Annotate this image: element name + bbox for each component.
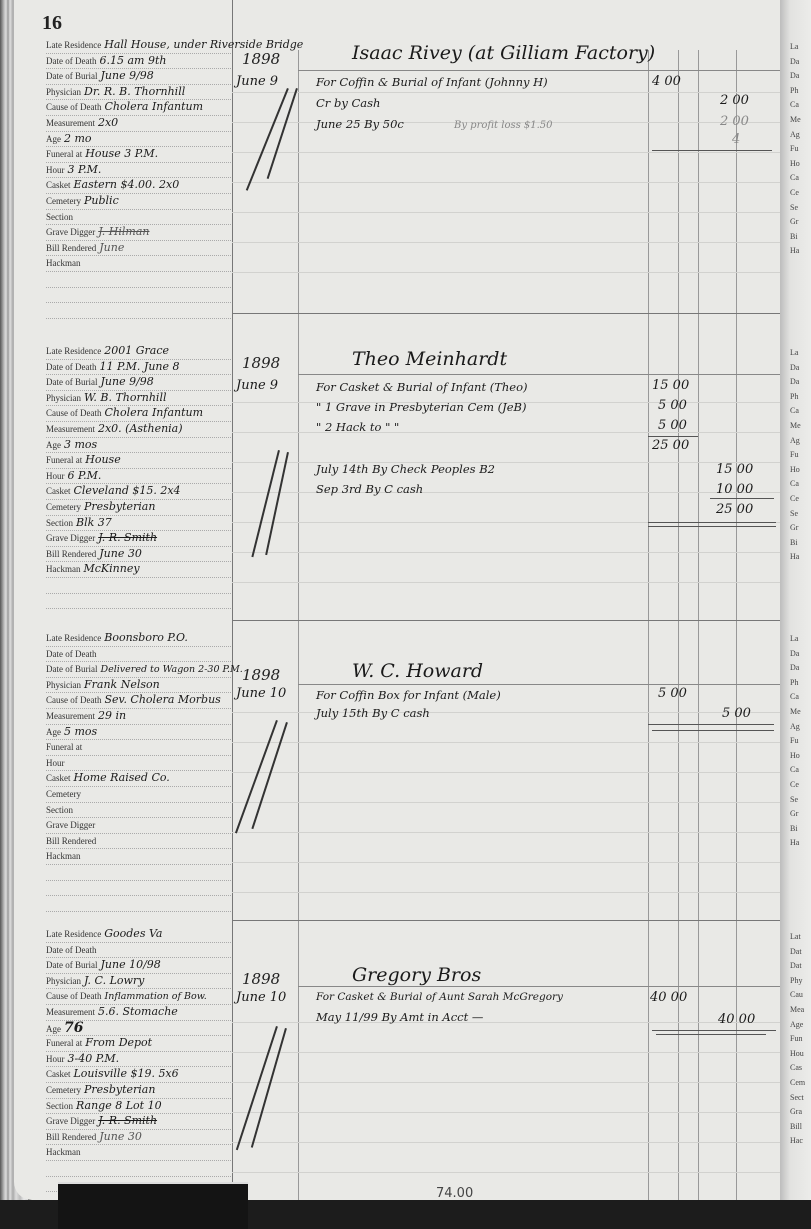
entry-separator — [232, 620, 780, 621]
credit-amount: 40 00 — [718, 1012, 755, 1027]
credit-amount: 5 00 — [722, 706, 751, 721]
ledger-page: 16 Late ResidenceHall House, under River… — [14, 0, 780, 1200]
credit-amount: 2 00 — [720, 93, 749, 108]
entry-separator — [232, 920, 780, 921]
ledger-note: By profit loss $1.50 — [454, 120, 553, 131]
entry-2-ledger: 1898 Theo Meinhardt June 9 For Casket & … — [232, 350, 780, 615]
field-measurement: Measurement2x0 — [46, 116, 231, 132]
page-number: 16 — [42, 12, 62, 35]
entry-4-fields: Late ResidenceGoodes Va Date of Death Da… — [46, 927, 231, 1192]
ledger-line: " 1 Grave in Presbyterian Cem (JeB) — [316, 400, 526, 414]
field-age: Age2 mo — [46, 132, 231, 148]
ledger-date: June 9 — [236, 74, 278, 89]
ledger-line: Cr by Cash — [316, 96, 380, 110]
entry-4-ledger: 1898 Gregory Bros June 10 For Casket & B… — [232, 968, 780, 1178]
ledger-date: June 9 — [236, 378, 278, 393]
entry-1-ledger: 1898 Isaac Rivey (at Gilliam Factory) Ju… — [232, 40, 780, 310]
facing-page-labels: LaDaDaPhCaMeAgFuHoCaCeSeGrBiHa — [780, 40, 811, 259]
ledger-line: " 2 Hack to " " — [316, 420, 399, 434]
debit-amount: 15 00 — [652, 378, 689, 393]
page-total: 74.00 — [436, 1186, 473, 1200]
account-name: Theo Meinhardt — [352, 348, 507, 370]
entry-separator — [232, 313, 780, 314]
field-physician: PhysicianDr. R. B. Thornhill — [46, 85, 231, 101]
credit-total: 25 00 — [716, 502, 753, 517]
ledger-line: For Coffin Box for Infant (Male) — [316, 688, 501, 702]
debit-amount: 5 00 — [658, 686, 687, 701]
ledger-line: Sep 3rd By C cash — [316, 482, 423, 496]
entry-3-fields: Late ResidenceBoonsboro P.O. Date of Dea… — [46, 631, 231, 912]
ledger-line: For Coffin & Burial of Infant (Johnny H) — [316, 75, 548, 89]
credit-amount: 15 00 — [716, 462, 753, 477]
field-hackman: Hackman — [46, 256, 231, 272]
debit-amount: 5 00 — [658, 398, 687, 413]
field-section: Section — [46, 210, 231, 226]
field-casket: CasketEastern $4.00. 2x0 — [46, 178, 231, 194]
ledger-line: July 15th By C cash — [316, 706, 430, 720]
book-binding — [58, 1182, 248, 1229]
field-late-residence: Late ResidenceHall House, under Riversid… — [46, 38, 231, 54]
field-funeral-at: Funeral atHouse 3 P.M. — [46, 147, 231, 163]
ledger-line: For Casket & Burial of Aunt Sarah McGreg… — [316, 991, 563, 1003]
credit-total: 4 — [732, 132, 740, 147]
credit-amount: 2 00 — [720, 114, 749, 129]
ledger-year: 1898 — [242, 50, 280, 68]
field-bill-rendered: Bill RenderedJune — [46, 241, 231, 257]
ledger-year: 1898 — [242, 970, 280, 988]
ledger-line: July 14th By Check Peoples B2 — [316, 462, 495, 476]
field-hour: Hour3 P.M. — [46, 163, 231, 179]
debit-amount: 5 00 — [658, 418, 687, 433]
debit-amount: 4 00 — [652, 74, 681, 89]
account-name: Isaac Rivey (at Gilliam Factory) — [352, 42, 655, 64]
debit-amount: 40 00 — [650, 990, 687, 1005]
entry-3-ledger: 1898 W. C. Howard June 10 For Coffin Box… — [232, 660, 780, 915]
facing-page-edge: LaDaDaPhCaMeAgFuHoCaCeSeGrBiHa LaDaDaPhC… — [780, 0, 811, 1200]
field-date-of-burial: Date of BurialJune 9/98 — [46, 69, 231, 85]
account-name: Gregory Bros — [352, 964, 481, 986]
field-cause-of-death: Cause of DeathCholera Infantum — [46, 100, 231, 116]
field-cemetery: CemeteryPublic — [46, 194, 231, 210]
ledger-line: May 11/99 By Amt in Acct — — [316, 1010, 483, 1024]
check-mark — [265, 452, 289, 555]
entry-1-fields: Late ResidenceHall House, under Riversid… — [46, 38, 231, 319]
ledger-line: For Casket & Burial of Infant (Theo) — [316, 380, 528, 394]
credit-amount: 10 00 — [716, 482, 753, 497]
ledger-date: June 10 — [236, 990, 286, 1005]
field-date-of-death: Date of Death6.15 am 9th — [46, 54, 231, 70]
field-grave-digger: Grave DiggerJ. Hilman — [46, 225, 231, 241]
ledger-date: June 10 — [236, 686, 286, 701]
ledger-year: 1898 — [242, 666, 280, 684]
account-name: W. C. Howard — [352, 660, 483, 682]
ledger-line: June 25 By 50c — [316, 117, 404, 131]
debit-total: 25 00 — [652, 438, 689, 453]
entry-2-fields: Late Residence2001 Grace Date of Death11… — [46, 344, 231, 609]
ledger-year: 1898 — [242, 354, 280, 372]
